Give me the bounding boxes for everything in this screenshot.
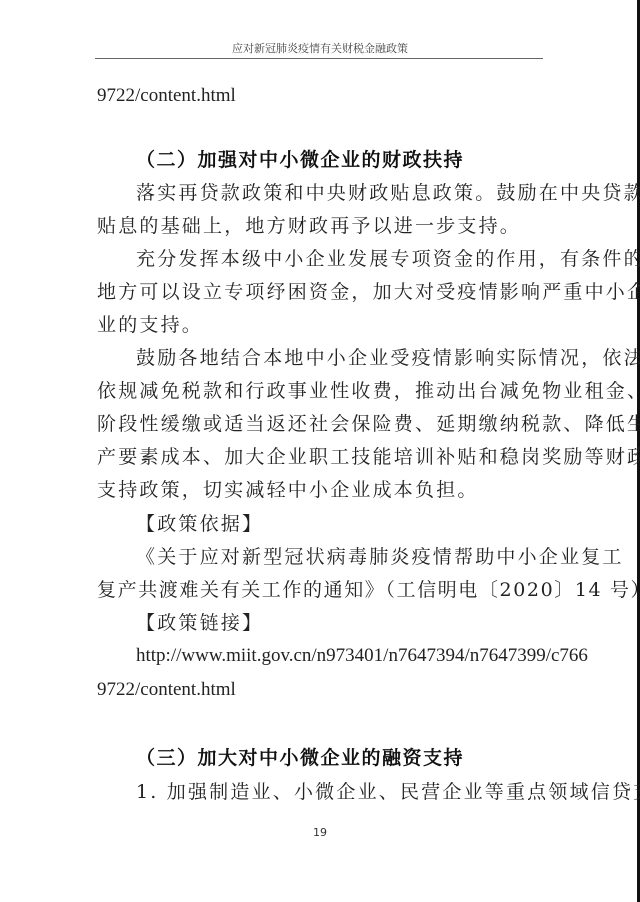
section-heading-fiscal-support: （二）加强对中小微企业的财政扶持 [136,148,543,172]
policy-link-label: 【政策链接】 [136,611,543,635]
paragraph-line: 阶段性缓缴或适当返还社会保险费、延期缴纳税款、降低生 [97,412,543,436]
header-rule [95,58,543,59]
section-heading-financing-support: （三）加大对中小微企业的融资支持 [136,746,543,770]
paragraph-line: 1. 加强制造业、小微企业、民营企业等重点领域信贷支 [136,780,543,804]
policy-document-title-cont: 复产共渡难关有关工作的通知》（工信明电〔2020〕14 号） [97,578,543,602]
paragraph-line: 产要素成本、加大企业职工技能培训补贴和稳岗奖励等财政 [97,445,543,469]
policy-link-url[interactable]: http://www.miit.gov.cn/n973401/n7647394/… [136,644,543,668]
policy-document-title: 《关于应对新型冠状病毒肺炎疫情帮助中小企业复工 [136,545,543,569]
paragraph-line: 依规减免税款和行政事业性收费，推动出台减免物业租金、 [97,379,543,403]
page-number: 19 [97,826,543,839]
paragraph-line: 支持政策，切实减轻中小企业成本负担。 [97,478,543,502]
paragraph-line: 落实再贷款政策和中央财政贴息政策。鼓励在中央贷款 [136,181,543,205]
url-continuation: 9722/content.html [97,84,543,108]
running-header: 应对新冠肺炎疫情有关财税金融政策 [97,40,543,56]
paragraph-line: 充分发挥本级中小企业发展专项资金的作用，有条件的 [136,247,543,271]
policy-link-url-cont[interactable]: 9722/content.html [97,678,543,702]
paragraph-line: 地方可以设立专项纾困资金，加大对受疫情影响严重中小企 [97,280,543,304]
paragraph-line: 鼓励各地结合本地中小企业受疫情影响实际情况，依法 [136,346,543,370]
paragraph-line: 贴息的基础上，地方财政再予以进一步支持。 [97,214,543,238]
paragraph-line: 业的支持。 [97,313,543,337]
policy-basis-label: 【政策依据】 [136,512,543,536]
